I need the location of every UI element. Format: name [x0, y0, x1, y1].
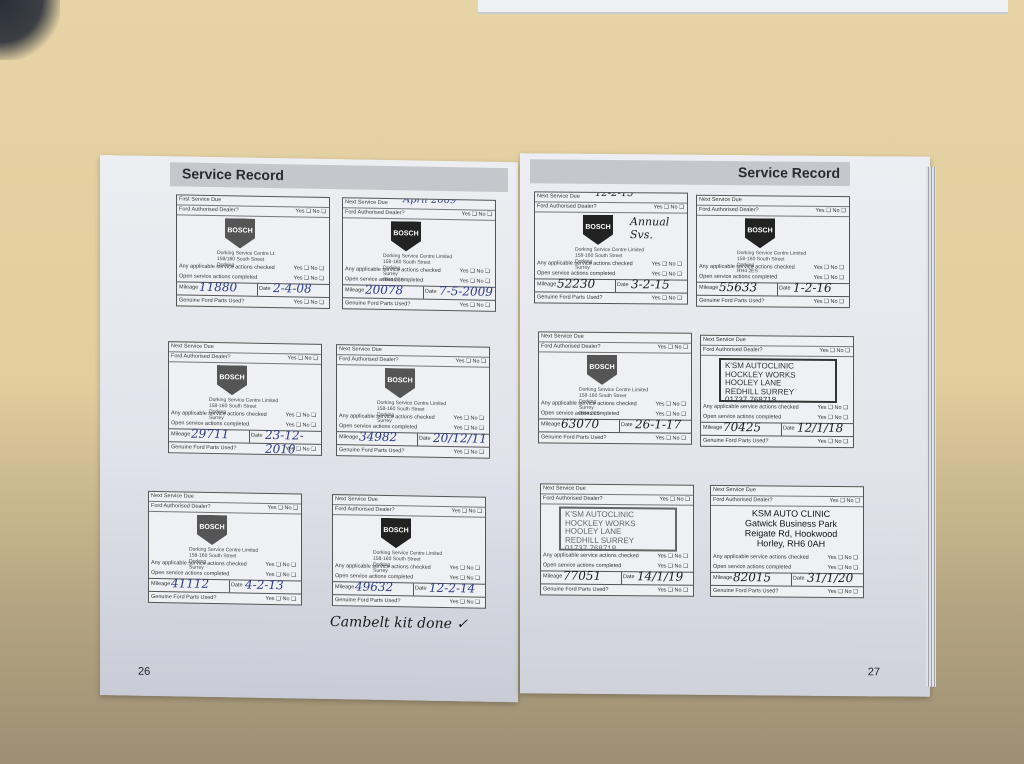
header-bar: Service Record — [530, 159, 850, 186]
actions-checked-label: Any applicable service actions checked — [541, 400, 637, 407]
dealer-question-row: Ford Authorised Dealer?Yes ❑ No ❑ — [701, 346, 853, 357]
address-line: Horley, RH6 0AH — [731, 538, 851, 549]
mileage-value: 34982 — [359, 430, 397, 445]
service-booklet: Service Record First Service DueFord Aut… — [100, 155, 940, 700]
actions-checked-label: Any applicable service actions checked — [543, 552, 639, 559]
next-service-label: Next Service Due — [541, 333, 584, 339]
bosch-logo-icon: BOSCH — [391, 221, 421, 252]
mileage-label: Mileage — [151, 581, 170, 587]
mileage-value: 63070 — [561, 417, 599, 431]
bosch-logo-icon: BOSCH — [381, 518, 411, 549]
divider — [621, 572, 622, 584]
genuine-parts-row: Genuine Ford Parts Used?Yes ❑ No ❑ — [179, 296, 327, 308]
date-value: 2-4-08 — [273, 281, 312, 296]
mileage-date-row: Mileage34982Date20/12/11 — [337, 431, 489, 448]
actions-checked-label: Any applicable service actions checked — [703, 404, 799, 411]
date-value: 31/1/20 — [807, 571, 853, 585]
divider — [781, 423, 782, 435]
actions-checked-row: Any applicable service actions checkedYe… — [537, 259, 685, 269]
yes-no-checkboxes: Yes ❑ No ❑ — [286, 411, 316, 421]
next-service-due-value: April 2009 — [403, 198, 456, 205]
mileage-value: 20078 — [365, 283, 403, 298]
mileage-date-row: Mileage70425Date12/1/18 — [701, 422, 853, 437]
next-service-label: Next Service Due — [151, 493, 194, 500]
bosch-logo-icon: BOSCH — [225, 218, 255, 249]
bosch-stamp: BOSCH — [745, 218, 775, 250]
mileage-value: 52230 — [557, 277, 595, 291]
paper-edge — [478, 0, 1008, 14]
page-number: 26 — [138, 666, 150, 678]
dealer-question-label: Ford Authorised Dealer? — [179, 206, 239, 213]
date-label: Date — [623, 574, 635, 580]
mileage-date-row: Mileage52230Date3-2-15 — [535, 278, 687, 293]
yes-no-checkboxes: Yes ❑ No ❑ — [652, 294, 682, 303]
dealer-question-row: Ford Authorised Dealer?Yes ❑ No ❑ — [711, 496, 863, 507]
actions-checked-label: Any applicable service actions checked — [179, 263, 275, 271]
yes-no-checkboxes: Yes ❑ No ❑ — [294, 264, 324, 274]
ksm-stamp: K'SM AUTOCLINICHOCKLEY WORKSHOOLEY LANER… — [559, 507, 677, 552]
yes-no-checkboxes: Yes ❑ No ❑ — [818, 404, 848, 413]
dealer-question-row: Ford Authorised Dealer?Yes ❑ No ❑ — [337, 355, 489, 368]
genuine-parts-label: Genuine Ford Parts Used? — [335, 597, 400, 604]
service-record-box: Next Service Due12-2-15Ford Authorised D… — [534, 191, 688, 304]
actions-checked-row: Any applicable service actions checkedYe… — [543, 551, 691, 561]
service-record-box: Next Service DueFord Authorised Dealer?Y… — [168, 341, 322, 456]
genuine-parts-row: Genuine Ford Parts Used?Yes ❑ No ❑ — [171, 443, 319, 455]
dealer-question-label: Ford Authorised Dealer? — [335, 506, 395, 513]
yes-no-checkboxes: Yes ❑ No ❑ — [656, 434, 686, 443]
yes-no-checkboxes: Yes ❑ No ❑ — [654, 203, 684, 212]
date-label: Date — [621, 422, 633, 428]
page-title: Service Record — [738, 164, 840, 181]
yes-no-checkboxes: Yes ❑ No ❑ — [658, 586, 688, 595]
yes-no-checkboxes: Yes ❑ No ❑ — [454, 448, 484, 458]
yes-no-checkboxes: Yes ❑ No ❑ — [828, 554, 858, 563]
mileage-label: Mileage — [543, 573, 562, 579]
yes-no-checkboxes: Yes ❑ No ❑ — [818, 438, 848, 447]
genuine-parts-label: Genuine Ford Parts Used? — [339, 447, 404, 454]
page-left: Service Record First Service DueFord Aut… — [100, 155, 518, 702]
yes-no-checkboxes: Yes ❑ No ❑ — [266, 595, 296, 605]
mileage-label: Mileage — [179, 284, 198, 290]
yes-no-checkboxes: Yes ❑ No ❑ — [296, 207, 326, 217]
mileage-date-row: Mileage41112Date4-2-13 — [149, 578, 301, 595]
yes-no-checkboxes: Yes ❑ No ❑ — [456, 357, 486, 367]
mileage-label: Mileage — [171, 431, 190, 437]
genuine-parts-label: Genuine Ford Parts Used? — [699, 298, 764, 305]
page-right: Service Record Next Service Due12-2-15Fo… — [520, 153, 930, 697]
next-service-label: Next Service Due — [339, 346, 382, 353]
dealer-question-row: Ford Authorised Dealer?Yes ❑ No ❑ — [177, 205, 329, 218]
yes-no-checkboxes: Yes ❑ No ❑ — [830, 497, 860, 506]
service-record-box: Next Service DueFord Authorised Dealer?Y… — [700, 335, 854, 448]
mileage-value: 49632 — [355, 579, 393, 594]
yes-no-checkboxes: Yes ❑ No ❑ — [814, 264, 844, 273]
mileage-date-row: Mileage20078Date7-5-2009 — [343, 284, 495, 301]
next-service-label: Next Service Due — [537, 193, 580, 199]
dealer-question-label: Ford Authorised Dealer? — [537, 203, 597, 210]
divider — [615, 280, 616, 292]
divider — [249, 431, 250, 443]
service-record-box: Next Service DueFord Authorised Dealer?Y… — [696, 195, 850, 308]
date-value: 12-2-14 — [429, 581, 475, 596]
genuine-parts-label: Genuine Ford Parts Used? — [543, 586, 608, 593]
yes-no-checkboxes: Yes ❑ No ❑ — [288, 354, 318, 364]
dealer-question-label: Ford Authorised Dealer? — [543, 495, 603, 502]
genuine-parts-row: Genuine Ford Parts Used?Yes ❑ No ❑ — [713, 587, 861, 597]
dealer-question-label: Ford Authorised Dealer? — [541, 343, 601, 350]
dealer-question-label: Ford Authorised Dealer? — [703, 347, 763, 354]
genuine-parts-label: Genuine Ford Parts Used? — [171, 444, 236, 451]
actions-checked-label: Any applicable service actions checked — [335, 563, 431, 571]
dealer-question-label: Ford Authorised Dealer? — [151, 503, 211, 510]
mileage-date-row: Mileage49632Date12-2-14 — [333, 581, 485, 598]
yes-no-checkboxes: Yes ❑ No ❑ — [462, 210, 492, 220]
mileage-label: Mileage — [703, 425, 722, 431]
bosch-stamp: BOSCH — [587, 355, 617, 387]
next-service-label: Next Service Due — [171, 343, 214, 350]
mileage-date-row: Mileage11880Date2-4-08 — [177, 281, 329, 298]
yes-no-checkboxes: Yes ❑ No ❑ — [454, 414, 484, 424]
yes-no-checkboxes: Yes ❑ No ❑ — [658, 552, 688, 561]
divider — [791, 574, 792, 586]
divider — [417, 434, 418, 446]
actions-checked-row: Any applicable service actions checkedYe… — [713, 553, 861, 563]
actions-checked-row: Any applicable service actions checkedYe… — [699, 263, 847, 273]
bosch-logo-icon: BOSCH — [745, 218, 775, 248]
date-value: 3-2-15 — [631, 277, 670, 291]
handwritten-note: Annual Svs. — [630, 215, 680, 241]
dealer-question-row: Ford Authorised Dealer?Yes ❑ No ❑ — [169, 352, 321, 365]
service-record-box: Next Service DueFord Authorised Dealer?Y… — [336, 344, 490, 459]
date-value: 4-2-13 — [245, 578, 284, 593]
date-value: 20/12/11 — [433, 431, 487, 446]
next-service-label: Next Service Due — [335, 496, 378, 503]
actions-checked-label: Any applicable service actions checked — [537, 260, 633, 267]
service-record-box: Next Service DueFord Authorised Dealer?Y… — [148, 491, 302, 606]
actions-checked-label: Any applicable service actions checked — [171, 410, 267, 418]
genuine-parts-row: Genuine Ford Parts Used?Yes ❑ No ❑ — [151, 593, 299, 605]
mileage-value: 77051 — [563, 569, 601, 583]
next-service-label: Next Service Due — [543, 485, 586, 491]
service-record-box: First Service DueFord Authorised Dealer?… — [176, 194, 330, 309]
genuine-parts-row: Genuine Ford Parts Used?Yes ❑ No ❑ — [339, 446, 487, 458]
handwritten-note: Cambelt kit done ✓ — [330, 614, 468, 632]
service-record-box: Next Service DueFord Authorised Dealer?Y… — [710, 485, 864, 598]
actions-checked-label: Any applicable service actions checked — [151, 560, 247, 568]
date-label: Date — [783, 426, 795, 432]
genuine-parts-row: Genuine Ford Parts Used?Yes ❑ No ❑ — [345, 299, 493, 311]
yes-no-checkboxes: Yes ❑ No ❑ — [450, 564, 480, 574]
next-service-label: Next Service Due — [699, 197, 742, 203]
mileage-value: 29711 — [191, 427, 229, 442]
genuine-parts-row: Genuine Ford Parts Used?Yes ❑ No ❑ — [703, 437, 851, 447]
dealer-question-label: Ford Authorised Dealer? — [339, 356, 399, 363]
bosch-stamp: BOSCH — [385, 368, 415, 401]
genuine-parts-label: Genuine Ford Parts Used? — [537, 294, 602, 301]
genuine-parts-row: Genuine Ford Parts Used?Yes ❑ No ❑ — [699, 297, 847, 307]
genuine-parts-label: Genuine Ford Parts Used? — [151, 594, 216, 601]
next-service-label: First Service Due — [179, 196, 221, 203]
bosch-stamp: BOSCH — [391, 221, 421, 254]
service-record-box: Next Service DueFord Authorised Dealer?Y… — [332, 494, 486, 609]
genuine-parts-row: Genuine Ford Parts Used?Yes ❑ No ❑ — [537, 293, 685, 303]
yes-no-checkboxes: Yes ❑ No ❑ — [658, 343, 688, 352]
bosch-stamp: BOSCH — [381, 518, 411, 551]
date-label: Date — [415, 585, 427, 591]
mileage-value: 11880 — [199, 280, 237, 295]
bosch-stamp: BOSCH — [583, 215, 613, 247]
yes-no-checkboxes: Yes ❑ No ❑ — [268, 504, 298, 514]
date-value: 26-1-17 — [635, 417, 681, 431]
actions-checked-label: Any applicable service actions checked — [345, 266, 441, 274]
mileage-label: Mileage — [335, 584, 354, 590]
bosch-stamp: BOSCH — [217, 365, 247, 398]
date-label: Date — [231, 582, 243, 588]
genuine-parts-label: Genuine Ford Parts Used? — [179, 297, 244, 304]
dealer-question-row: Ford Authorised Dealer?Yes ❑ No ❑ — [541, 494, 693, 505]
header-bar: Service Record — [170, 162, 508, 192]
divider — [229, 580, 230, 592]
actions-checked-label: Any applicable service actions checked — [339, 413, 435, 421]
dealer-question-label: Ford Authorised Dealer? — [345, 209, 405, 216]
page-title: Service Record — [182, 165, 284, 183]
date-label: Date — [425, 289, 437, 295]
bosch-logo-icon: BOSCH — [583, 215, 613, 245]
yes-no-checkboxes: Yes ❑ No ❑ — [452, 507, 482, 517]
yes-no-checkboxes: Yes ❑ No ❑ — [286, 445, 316, 455]
mileage-date-row: Mileage29711Date23-12-2010 — [169, 428, 321, 445]
yes-no-checkboxes: Yes ❑ No ❑ — [460, 267, 490, 277]
date-label: Date — [259, 286, 271, 292]
next-service-due-value: 12-2-15 — [595, 192, 634, 198]
dealer-question-row: Ford Authorised Dealer?Yes ❑ No ❑ — [149, 502, 301, 515]
mileage-label: Mileage — [541, 421, 560, 427]
actions-checked-row: Any applicable service actions checkedYe… — [541, 399, 689, 409]
genuine-parts-label: Genuine Ford Parts Used? — [345, 300, 410, 307]
ksm-stamp: KSM AUTO CLINICGatwick Business ParkReig… — [731, 508, 851, 549]
mileage-label: Mileage — [713, 575, 732, 581]
dealer-question-row: Ford Authorised Dealer?Yes ❑ No ❑ — [539, 342, 691, 353]
yes-no-checkboxes: Yes ❑ No ❑ — [656, 400, 686, 409]
mileage-value: 41112 — [171, 576, 209, 591]
date-label: Date — [251, 433, 263, 439]
yes-no-checkboxes: Yes ❑ No ❑ — [816, 207, 846, 216]
mileage-label: Mileage — [339, 434, 358, 440]
address-line: Reigate Rd, Hookwood — [731, 528, 851, 539]
bosch-logo-icon: BOSCH — [385, 368, 415, 399]
bosch-logo-icon: BOSCH — [217, 365, 247, 396]
divider — [413, 583, 414, 595]
dealer-question-row: Ford Authorised Dealer?Yes ❑ No ❑ — [343, 208, 495, 221]
bosch-stamp: BOSCH — [197, 515, 227, 548]
service-record-box: Next Service DueFord Authorised Dealer?Y… — [540, 483, 694, 596]
mileage-date-row: Mileage82015Date31/1/20 — [711, 572, 863, 587]
yes-no-checkboxes: Yes ❑ No ❑ — [294, 298, 324, 308]
divider — [619, 420, 620, 432]
yes-no-checkboxes: Yes ❑ No ❑ — [820, 347, 850, 356]
next-service-label: Next Service Due — [345, 199, 388, 206]
page-edges — [926, 167, 936, 687]
date-value: 12/1/18 — [797, 421, 843, 435]
actions-checked-label: Any applicable service actions checked — [699, 264, 795, 271]
date-label: Date — [779, 285, 791, 291]
next-service-label: Next Service Due — [703, 337, 746, 343]
yes-no-checkboxes: Yes ❑ No ❑ — [828, 588, 858, 597]
yes-no-checkboxes: Yes ❑ No ❑ — [266, 561, 296, 571]
object-shadow — [0, 0, 60, 60]
genuine-parts-label: Genuine Ford Parts Used? — [703, 438, 768, 445]
mileage-value: 55633 — [719, 280, 757, 294]
mileage-value: 70425 — [723, 420, 761, 434]
mileage-label: Mileage — [699, 285, 718, 291]
yes-no-checkboxes: Yes ❑ No ❑ — [814, 298, 844, 307]
dealer-question-row: Ford Authorised Dealer?Yes ❑ No ❑ — [333, 505, 485, 518]
date-label: Date — [793, 576, 805, 582]
mileage-value: 82015 — [733, 570, 771, 584]
mileage-label: Mileage — [537, 281, 556, 287]
actions-checked-label: Any applicable service actions checked — [713, 554, 809, 561]
genuine-parts-row: Genuine Ford Parts Used?Yes ❑ No ❑ — [335, 596, 483, 608]
bosch-logo-icon: BOSCH — [197, 515, 227, 546]
dealer-question-row: Ford Authorised Dealer?Yes ❑ No ❑ — [697, 206, 849, 217]
genuine-parts-label: Genuine Ford Parts Used? — [541, 434, 606, 441]
mileage-date-row: Mileage63070Date26-1-17 — [539, 418, 691, 433]
date-value: 14/1/19 — [637, 569, 683, 583]
dealer-question-label: Ford Authorised Dealer? — [171, 353, 231, 360]
service-record-box: Next Service DueApril 2009Ford Authorise… — [342, 197, 496, 312]
dealer-question-label: Ford Authorised Dealer? — [699, 207, 759, 214]
genuine-parts-row: Genuine Ford Parts Used?Yes ❑ No ❑ — [543, 585, 691, 595]
dealer-question-row: Ford Authorised Dealer?Yes ❑ No ❑ — [535, 202, 687, 213]
mileage-date-row: Mileage55633Date1-2-16 — [697, 282, 849, 297]
divider — [257, 284, 258, 296]
yes-no-checkboxes: Yes ❑ No ❑ — [450, 598, 480, 608]
page-number: 27 — [868, 666, 880, 678]
date-label: Date — [617, 282, 629, 288]
bosch-stamp: BOSCH — [225, 218, 255, 251]
date-label: Date — [419, 436, 431, 442]
yes-no-checkboxes: Yes ❑ No ❑ — [460, 301, 490, 311]
mileage-date-row: Mileage77051Date14/1/19 — [541, 570, 693, 585]
date-value: 1-2-16 — [793, 281, 832, 295]
genuine-parts-label: Genuine Ford Parts Used? — [713, 588, 778, 595]
service-record-box: Next Service DueFord Authorised Dealer?Y… — [538, 331, 692, 444]
next-service-label: Next Service Due — [713, 487, 756, 493]
divider — [777, 283, 778, 295]
dealer-question-label: Ford Authorised Dealer? — [713, 497, 773, 504]
ksm-stamp: K'SM AUTOCLINICHOCKLEY WORKSHOOLEY LANER… — [719, 358, 837, 403]
actions-checked-row: Any applicable service actions checkedYe… — [703, 403, 851, 413]
yes-no-checkboxes: Yes ❑ No ❑ — [660, 495, 690, 504]
date-value: 7-5-2009 — [439, 284, 493, 299]
yes-no-checkboxes: Yes ❑ No ❑ — [652, 260, 682, 269]
mileage-label: Mileage — [345, 287, 364, 293]
bosch-logo-icon: BOSCH — [587, 355, 617, 385]
divider — [423, 287, 424, 299]
genuine-parts-row: Genuine Ford Parts Used?Yes ❑ No ❑ — [541, 433, 689, 443]
